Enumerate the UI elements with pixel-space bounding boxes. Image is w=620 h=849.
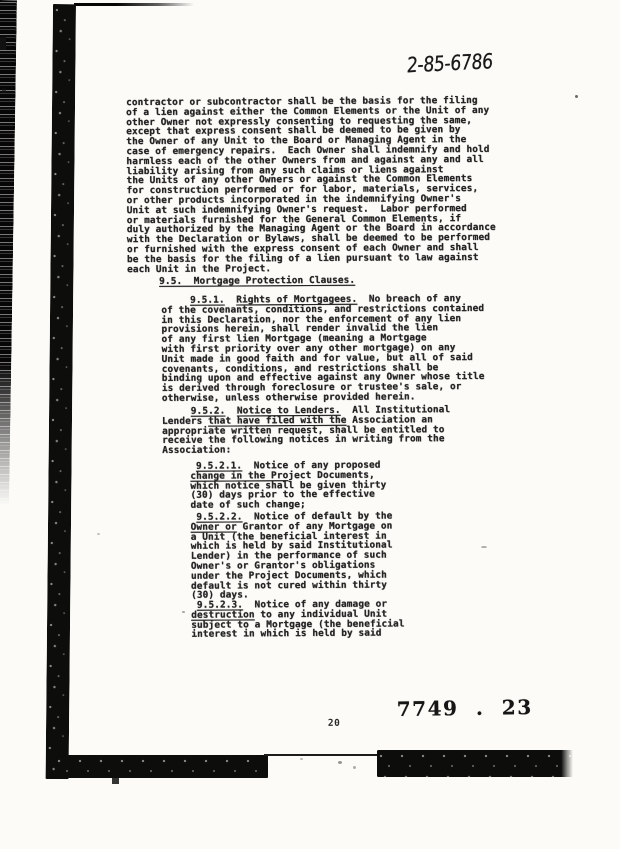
scan-artifact-top-line <box>74 3 194 6</box>
text-line: each Unit in the Project. <box>127 262 496 274</box>
paragraph-9-5-2-2-notice-of-default: 9.5.2.2. Notice of default by theOwner o… <box>191 511 393 600</box>
text-line: 9.5. Mortgage Protection Clauses. <box>159 276 355 287</box>
scan-speck <box>481 546 487 548</box>
page-number: 20 <box>328 718 341 729</box>
scanned-document-page: contractor or subcontractor shall be the… <box>0 0 620 849</box>
paragraph-9-5-2-notice-to-lenders: 9.5.2. Notice to Lenders. All Institutio… <box>162 405 451 456</box>
paragraph-9-5-2-3-notice-of-damage: 9.5.2.3. Notice of any damage ordestruct… <box>191 599 405 639</box>
scan-speck <box>300 758 303 760</box>
scan-artifact-bottom-left-bar <box>55 755 268 778</box>
page-content: contractor or subcontractor shall be the… <box>0 0 620 849</box>
text-line: interest in which is held by said <box>191 629 404 640</box>
scan-speck <box>182 611 185 613</box>
paragraph-9-5-2-1-notice-of-change: 9.5.2.1. Notice of any proposedchange in… <box>190 461 386 511</box>
scan-speck <box>575 95 578 98</box>
text-line: Association: <box>162 444 450 456</box>
scan-artifact-bottom-right-bar <box>377 750 573 777</box>
scan-artifact-edge-mark <box>112 778 119 784</box>
scan-artifact-edge-mark <box>2 88 6 93</box>
text-line: date of such change; <box>190 500 386 511</box>
scan-speck <box>97 533 100 535</box>
scan-speck <box>353 766 356 769</box>
handwritten-recorder-number: 2-85-6786 <box>406 49 493 77</box>
scan-artifact-edge-mark <box>0 37 6 50</box>
heading-section-9-5: 9.5. Mortgage Protection Clauses. <box>159 276 355 287</box>
text-line: otherwise, unless otherwise provided her… <box>162 392 485 404</box>
scan-speck <box>338 761 342 764</box>
paragraph-lien-continuation: contractor or subcontractor shall be the… <box>126 96 496 275</box>
paragraph-9-5-1-rights-of-mortgagees: 9.5.1. Rights of Mortgagees. No breach o… <box>161 294 484 404</box>
scan-artifact-bottom-line <box>264 754 380 756</box>
book-page-stamp: 7749 . 23 <box>397 695 533 721</box>
